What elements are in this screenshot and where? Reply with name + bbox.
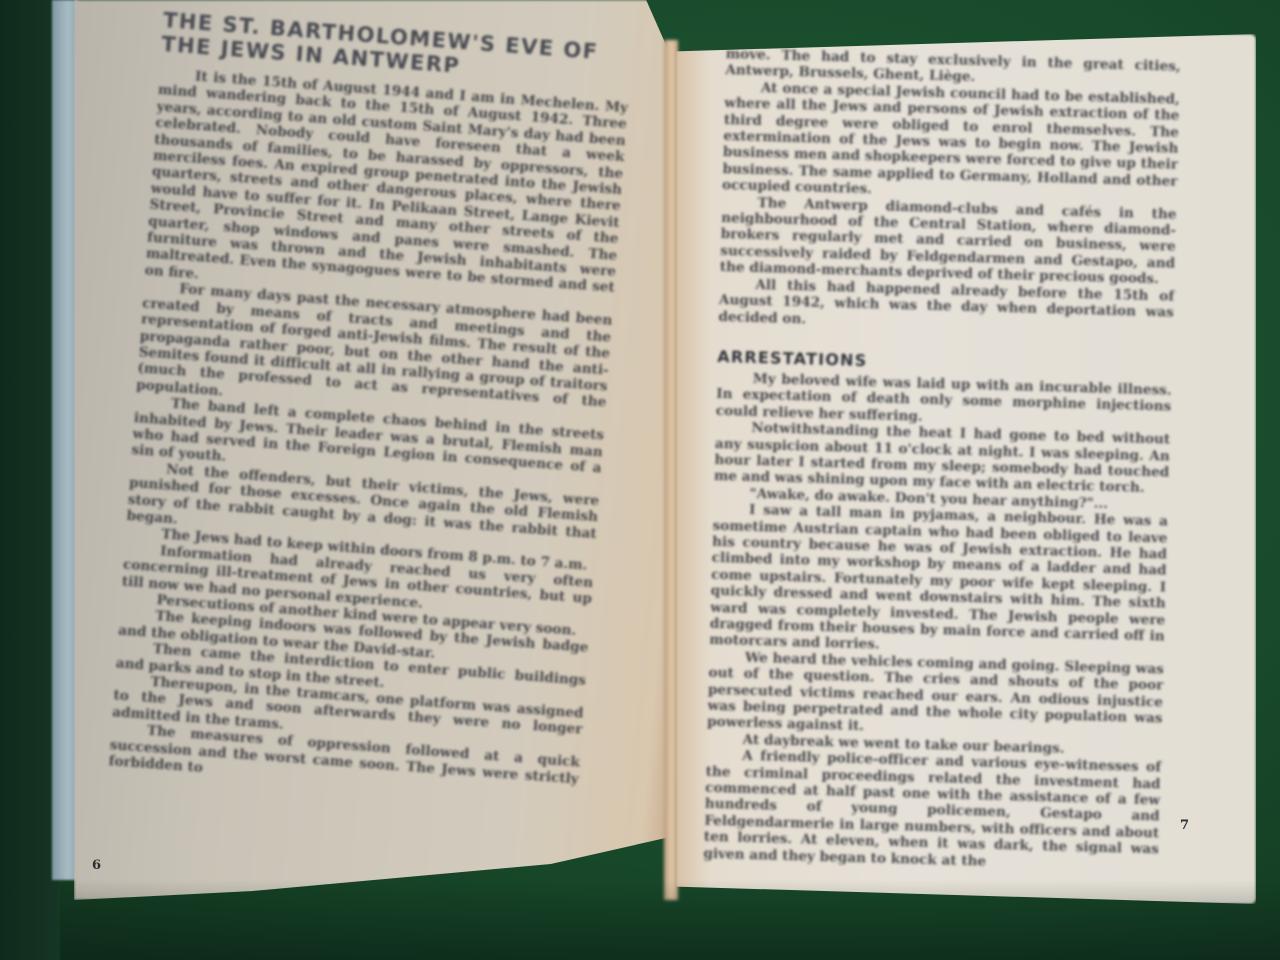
- page-number-left: 6: [92, 858, 101, 873]
- right-page: move. The had to stay exclusively in the…: [676, 34, 1256, 904]
- book-gutter: [664, 40, 678, 900]
- paragraph: I saw a tall man in pyjamas, a neighbour…: [709, 501, 1168, 661]
- paragraph: It is the 15th of August 1944 and I am i…: [144, 66, 628, 313]
- paragraph: We heard the vehicles coming and going. …: [707, 649, 1164, 744]
- table-shadow: [60, 880, 1280, 960]
- paragraph: A friendly police-officer and various ey…: [703, 747, 1161, 875]
- page-number-right: 7: [1180, 818, 1189, 833]
- paragraph: At once a special Jewish council had to …: [722, 79, 1180, 207]
- left-page-text: The St. Bartholomew's Eve of the Jews in…: [108, 8, 633, 804]
- right-page-text: move. The had to stay exclusively in the…: [703, 46, 1181, 874]
- book-cover-left: [0, 0, 58, 960]
- left-page: The St. Bartholomew's Eve of the Jews in…: [74, 0, 670, 900]
- paragraph: The Antwerp diamond-clubs and cafés in t…: [720, 194, 1177, 289]
